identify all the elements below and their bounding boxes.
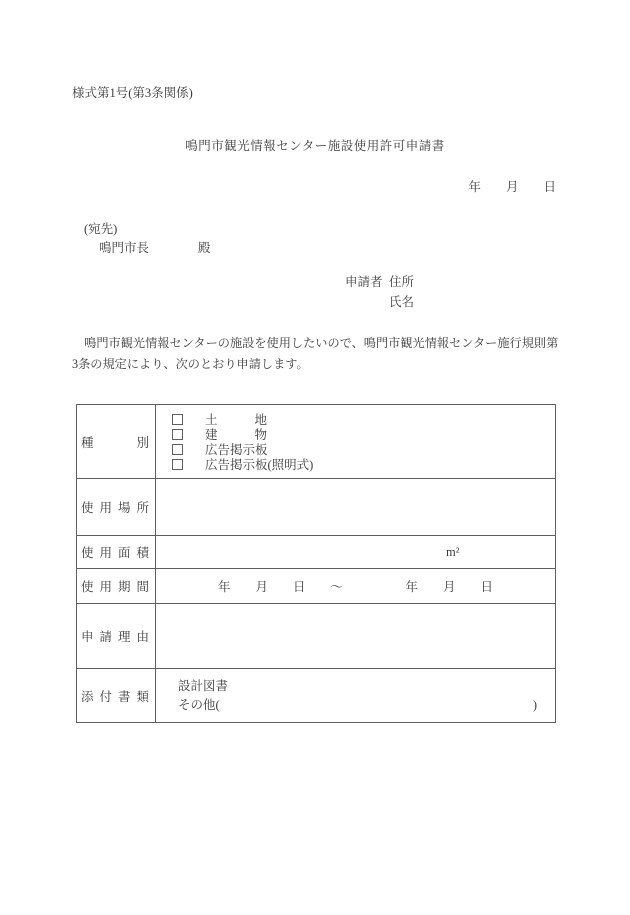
application-statement: 鳴門市観光情報センターの施設を使用したいので、鳴門市観光情報センター施行規則第 … bbox=[72, 333, 572, 375]
table-row-category: 種別 土地 建物 広告掲示板 bbox=[77, 405, 556, 479]
applicant-address-label: 住所 bbox=[389, 272, 414, 290]
attachment-other-prefix: その他( bbox=[178, 696, 220, 715]
reason-label-cell: 申請理由 bbox=[77, 604, 156, 669]
addressee-honorific: 殿 bbox=[198, 238, 211, 256]
reason-label: 申請理由 bbox=[81, 627, 149, 645]
category-label: 種別 bbox=[81, 433, 149, 451]
addressee-label: (宛先) bbox=[84, 219, 117, 237]
period-date-range: 年 月 日 ～ 年 月 日 bbox=[156, 577, 493, 595]
period-label: 使用期間 bbox=[81, 577, 149, 595]
application-form-page: 様式第1号(第3条関係) 鳴門市観光情報センター施設使用許可申請書 年 月 日 … bbox=[0, 0, 630, 915]
statement-line-2: 3条の規定により、次のとおり申請します。 bbox=[72, 354, 572, 375]
attachments-label-cell: 添付書類 bbox=[77, 669, 156, 723]
table-row-area-of-use: 使用面積 m² bbox=[77, 536, 556, 569]
area-unit: m² bbox=[446, 545, 459, 560]
table-row-attachments: 添付書類 設計図書 その他( ) bbox=[77, 669, 556, 723]
attachments-content: 設計図書 その他( ) bbox=[156, 677, 555, 715]
table-row-place-of-use: 使用場所 bbox=[77, 479, 556, 536]
period-label-cell: 使用期間 bbox=[77, 569, 156, 604]
area-label: 使用面積 bbox=[81, 543, 149, 561]
application-date-line: 年 月 日 bbox=[468, 177, 556, 195]
billboard-illuminated-checkbox[interactable] bbox=[172, 459, 183, 470]
addressee-name: 鳴門市長 bbox=[99, 238, 149, 256]
applicant-name-label: 氏名 bbox=[389, 292, 414, 310]
place-value-cell bbox=[156, 479, 556, 536]
category-value-cell: 土地 建物 広告掲示板 広告掲示板(照明式) bbox=[156, 405, 556, 479]
billboard-checkbox[interactable] bbox=[172, 444, 183, 455]
period-value-cell: 年 月 日 ～ 年 月 日 bbox=[156, 569, 556, 604]
area-value-cell: m² bbox=[156, 536, 556, 569]
reason-value-cell bbox=[156, 604, 556, 669]
attachment-item-other: その他( ) bbox=[178, 696, 537, 715]
attachments-label: 添付書類 bbox=[81, 687, 149, 705]
checkbox-option-billboard-illuminated: 広告掲示板(照明式) bbox=[172, 457, 555, 472]
billboard-illuminated-checkbox-label: 広告掲示板(照明式) bbox=[205, 455, 267, 473]
building-checkbox[interactable] bbox=[172, 429, 183, 440]
table-row-application-reason: 申請理由 bbox=[77, 604, 556, 669]
land-checkbox[interactable] bbox=[172, 414, 183, 425]
area-label-cell: 使用面積 bbox=[77, 536, 156, 569]
category-label-cell: 種別 bbox=[77, 405, 156, 479]
attachments-value-cell: 設計図書 その他( ) bbox=[156, 669, 556, 723]
attachment-other-suffix: ) bbox=[533, 696, 537, 715]
category-checkbox-list: 土地 建物 広告掲示板 広告掲示板(照明式) bbox=[156, 412, 555, 472]
applicant-label: 申請者 bbox=[345, 272, 383, 290]
place-label: 使用場所 bbox=[81, 498, 149, 516]
table-row-period-of-use: 使用期間 年 月 日 ～ 年 月 日 bbox=[77, 569, 556, 604]
application-form-table: 種別 土地 建物 広告掲示板 bbox=[76, 404, 556, 723]
attachment-item-design-drawings: 設計図書 bbox=[178, 677, 537, 696]
page-title: 鳴門市観光情報センター施設使用許可申請書 bbox=[0, 136, 630, 154]
statement-line-1: 鳴門市観光情報センターの施設を使用したいので、鳴門市観光情報センター施行規則第 bbox=[72, 333, 572, 354]
place-label-cell: 使用場所 bbox=[77, 479, 156, 536]
form-number: 様式第1号(第3条関係) bbox=[72, 83, 193, 101]
